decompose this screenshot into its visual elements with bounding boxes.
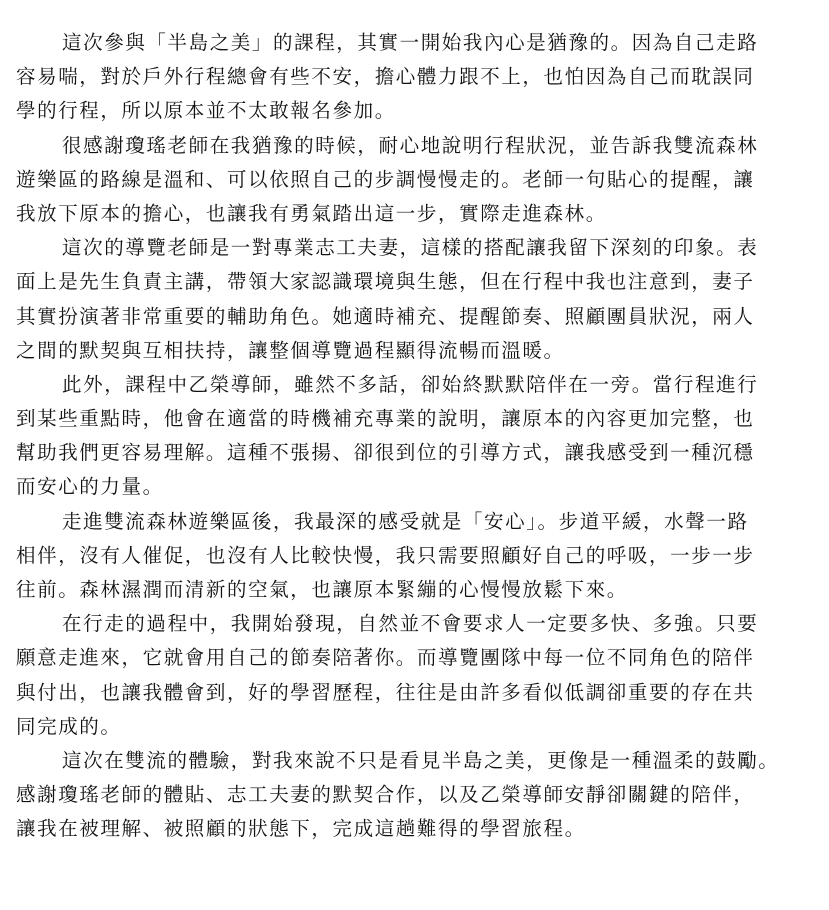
text-line: 往前。森林濕潤而清新的空氣，也讓原本緊繃的心慢慢放鬆下來。 — [16, 573, 816, 607]
text-line: 走進雙流森林遊樂區後，我最深的感受就是「安心」。步道平緩，水聲一路 — [16, 505, 816, 539]
paragraph-6-reflection: 在行走的過程中，我開始發現，自然並不會要求人一定要多快、多強。只要 願意走進來，… — [16, 607, 816, 744]
text-line: 而安心的力量。 — [16, 470, 816, 504]
paragraph-7-conclusion: 這次在雙流的體驗，對我來說不只是看見半島之美，更像是一種溫柔的鼓勵。 感謝瓊瑤老… — [16, 744, 816, 847]
paragraph-4-mentor: 此外，課程中乙榮導師，雖然不多話，卻始終默默陪伴在一旁。當行程進行 到某些重點時… — [16, 368, 816, 505]
text-line: 這次參與「半島之美」的課程，其實一開始我內心是猶豫的。因為自己走路 — [16, 26, 816, 60]
text-line: 很感謝瓊瑤老師在我猶豫的時候，耐心地說明行程狀況，並告訴我雙流森林 — [16, 129, 816, 163]
text-line: 與付出，也讓我體會到，好的學習歷程，往往是由許多看似低調卻重要的存在共 — [16, 676, 816, 710]
text-line: 幫助我們更容易理解。這種不張揚、卻很到位的引導方式，讓我感受到一種沉穩 — [16, 436, 816, 470]
text-line: 這次的導覽老師是一對專業志工夫妻，這樣的搭配讓我留下深刻的印象。表 — [16, 231, 816, 265]
text-line: 學的行程，所以原本並不太敢報名參加。 — [16, 94, 816, 128]
text-line: 到某些重點時，他會在適當的時機補充專業的說明，讓原本的內容更加完整，也 — [16, 402, 816, 436]
text-line: 此外，課程中乙榮導師，雖然不多話，卻始終默默陪伴在一旁。當行程進行 — [16, 368, 816, 402]
text-line: 在行走的過程中，我開始發現，自然並不會要求人一定要多快、多強。只要 — [16, 607, 816, 641]
text-line: 讓我在被理解、被照顧的狀態下，完成這趟難得的學習旅程。 — [16, 812, 816, 846]
text-line: 相伴，沒有人催促，也沒有人比較快慢，我只需要照顧好自己的呼吸，一步一步 — [16, 539, 816, 573]
text-line: 容易喘，對於戶外行程總會有些不安，擔心體力跟不上，也怕因為自己而耽誤同 — [16, 60, 816, 94]
text-line: 遊樂區的路線是溫和、可以依照自己的步調慢慢走的。老師一句貼心的提醒，讓 — [16, 163, 816, 197]
paragraph-2-teacher-thanks: 很感謝瓊瑤老師在我猶豫的時候，耐心地說明行程狀況，並告訴我雙流森林 遊樂區的路線… — [16, 129, 816, 232]
text-line: 同完成的。 — [16, 710, 816, 744]
text-line: 這次在雙流的體驗，對我來說不只是看見半島之美，更像是一種溫柔的鼓勵。 — [16, 744, 816, 778]
text-line: 感謝瓊瑤老師的體貼、志工夫妻的默契合作，以及乙榮導師安靜卻關鍵的陪伴， — [16, 778, 816, 812]
paragraph-5-forest: 走進雙流森林遊樂區後，我最深的感受就是「安心」。步道平緩，水聲一路 相伴，沒有人… — [16, 505, 816, 608]
paragraph-3-guide-couple: 這次的導覽老師是一對專業志工夫妻，這樣的搭配讓我留下深刻的印象。表 面上是先生負… — [16, 231, 816, 368]
text-line: 我放下原本的擔心，也讓我有勇氣踏出這一步，實際走進森林。 — [16, 197, 816, 231]
text-line: 願意走進來，它就會用自己的節奏陪著你。而導覽團隊中每一位不同角色的陪伴 — [16, 641, 816, 675]
text-line: 其實扮演著非常重要的輔助角色。她適時補充、提醒節奏、照顧團員狀況，兩人 — [16, 300, 816, 334]
paragraph-1-hesitation: 這次參與「半島之美」的課程，其實一開始我內心是猶豫的。因為自己走路 容易喘，對於… — [16, 26, 816, 129]
text-line: 面上是先生負責主講，帶領大家認識環境與生態，但在行程中我也注意到，妻子 — [16, 265, 816, 299]
document-body: 這次參與「半島之美」的課程，其實一開始我內心是猶豫的。因為自己走路 容易喘，對於… — [16, 26, 816, 847]
text-line: 之間的默契與互相扶持，讓整個導覽過程顯得流暢而溫暖。 — [16, 334, 816, 368]
